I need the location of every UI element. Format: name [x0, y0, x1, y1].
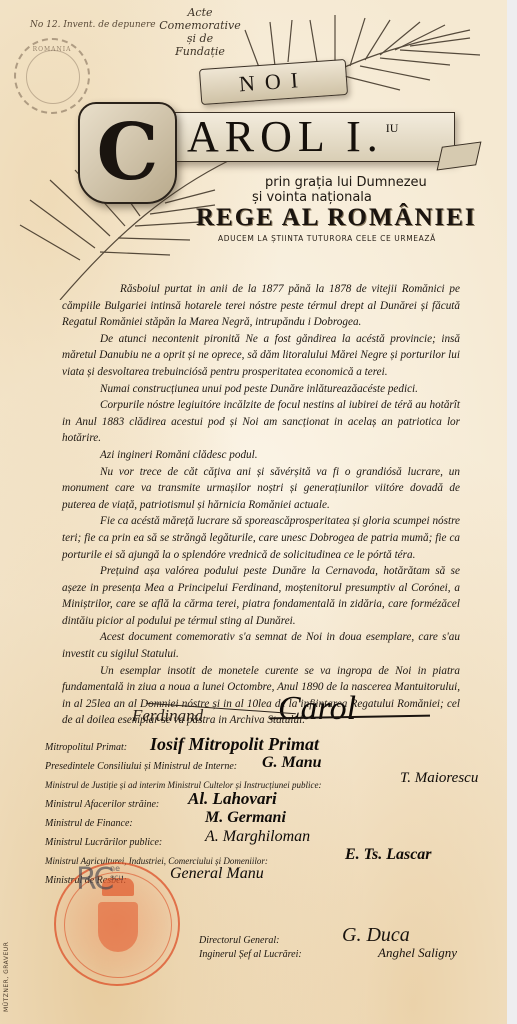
minister-title: Ministrul Lucrărilor publice:	[45, 837, 162, 848]
body-paragraph: Nu vor trece de căt căţiva ani și săvérș…	[62, 464, 460, 514]
minister-signature: General Manu	[170, 865, 264, 883]
minister-row: Ministrul de Justiție și ad interim Mini…	[45, 780, 321, 790]
watermark-logo-text: RC	[76, 862, 112, 897]
minister-title: Ministrul de Finance:	[45, 818, 133, 829]
royal-title: REGE AL ROMÂNIEI	[196, 204, 477, 232]
initial-shield: C	[78, 102, 177, 204]
body-paragraph: Numai construcțiunea unui pod peste Dună…	[62, 381, 460, 398]
watermark-line: ne	[110, 864, 124, 873]
carol-ribbon: AROL I. IU	[168, 112, 455, 162]
body-paragraph: Fie ca acéstă măreță lucrare să sporeasc…	[62, 513, 460, 563]
minister-signature: A. Marghiloman	[205, 828, 310, 846]
king-ordinal: IU	[386, 121, 399, 136]
proclamation-line: ADUCEM LA ȘTIINTA TUTURORA CELE CE URMEA…	[218, 234, 436, 243]
minister-signature: E. Ts. Lascar	[345, 846, 432, 864]
minister-signature: G. Manu	[262, 754, 322, 772]
watermark-line: scu	[110, 873, 124, 882]
minister-signature: M. Germani	[205, 809, 286, 827]
grace-line-1: prin grația lui Dumnezeu	[265, 175, 427, 190]
works-signatories: Directorul General: Inginerul Șef al Luc…	[199, 934, 302, 962]
body-paragraph: Răsboiul purtat in anii de la 1877 pănă …	[62, 281, 460, 331]
watermark-small-text: ne scu	[110, 864, 124, 882]
minister-title: Ministrul Afacerilor străine:	[45, 799, 159, 810]
minister-title: Presedintele Consiliului și Ministrul de…	[45, 761, 237, 772]
minister-title: Mitropolitul Primat:	[45, 742, 127, 753]
minister-signature: T. Maiorescu	[400, 770, 478, 787]
minister-row: Ministrul Lucrărilor publice:	[45, 837, 162, 848]
prince-signature: Ferdinand	[132, 706, 203, 726]
engineer-signature: Anghel Saligny	[378, 945, 457, 961]
document-page: No 12. Invent. de depunere Acte Comemora…	[0, 0, 517, 1024]
watermark-logo: RC ne scu	[76, 862, 112, 897]
body-paragraph: Acest document comemorativ s'a semnat de…	[62, 629, 460, 662]
minister-signature: Al. Lahovari	[188, 789, 277, 809]
body-paragraph: Un esemplar insotit de monetele curente …	[62, 663, 460, 729]
body-paragraph: De atunci necontenit pironită Ne a fost …	[62, 331, 460, 381]
engineer-title: Inginerul Șef al Lucrărei:	[199, 948, 302, 962]
proclamation-body: Răsboiul purtat in anii de la 1877 pănă …	[62, 281, 460, 729]
king-name: AROL I.	[187, 115, 384, 159]
king-signature: Carol	[278, 690, 356, 728]
director-signature: G. Duca	[342, 924, 410, 947]
minister-row: Mitropolitul Primat:	[45, 742, 127, 753]
minister-row: Ministrul de Finance:	[45, 818, 133, 829]
engraver-imprint: MÜTZNER, GRAVEUR	[3, 942, 10, 1012]
grace-line-2: și vointa naționala	[252, 190, 372, 205]
minister-row: Presedintele Consiliului și Ministrul de…	[45, 761, 237, 772]
initial-letter: C	[96, 114, 158, 192]
minister-signature: Iosif Mitropolit Primat	[150, 734, 319, 755]
body-paragraph: Corpurile nóstre legiuitóre incălzite de…	[62, 397, 460, 447]
minister-row: Ministrul Afacerilor străine:	[45, 799, 159, 810]
noi-text: NOI	[238, 67, 309, 98]
body-paragraph: Azi ingineri Romăni clădesc podul.	[62, 447, 460, 464]
director-title: Directorul General:	[199, 934, 302, 948]
body-paragraph: Prețuind așa valórea podului peste Dunăr…	[62, 563, 460, 629]
coat-of-arms-icon	[98, 902, 138, 952]
minister-title: Ministrul de Justiție și ad interim Mini…	[45, 780, 321, 790]
